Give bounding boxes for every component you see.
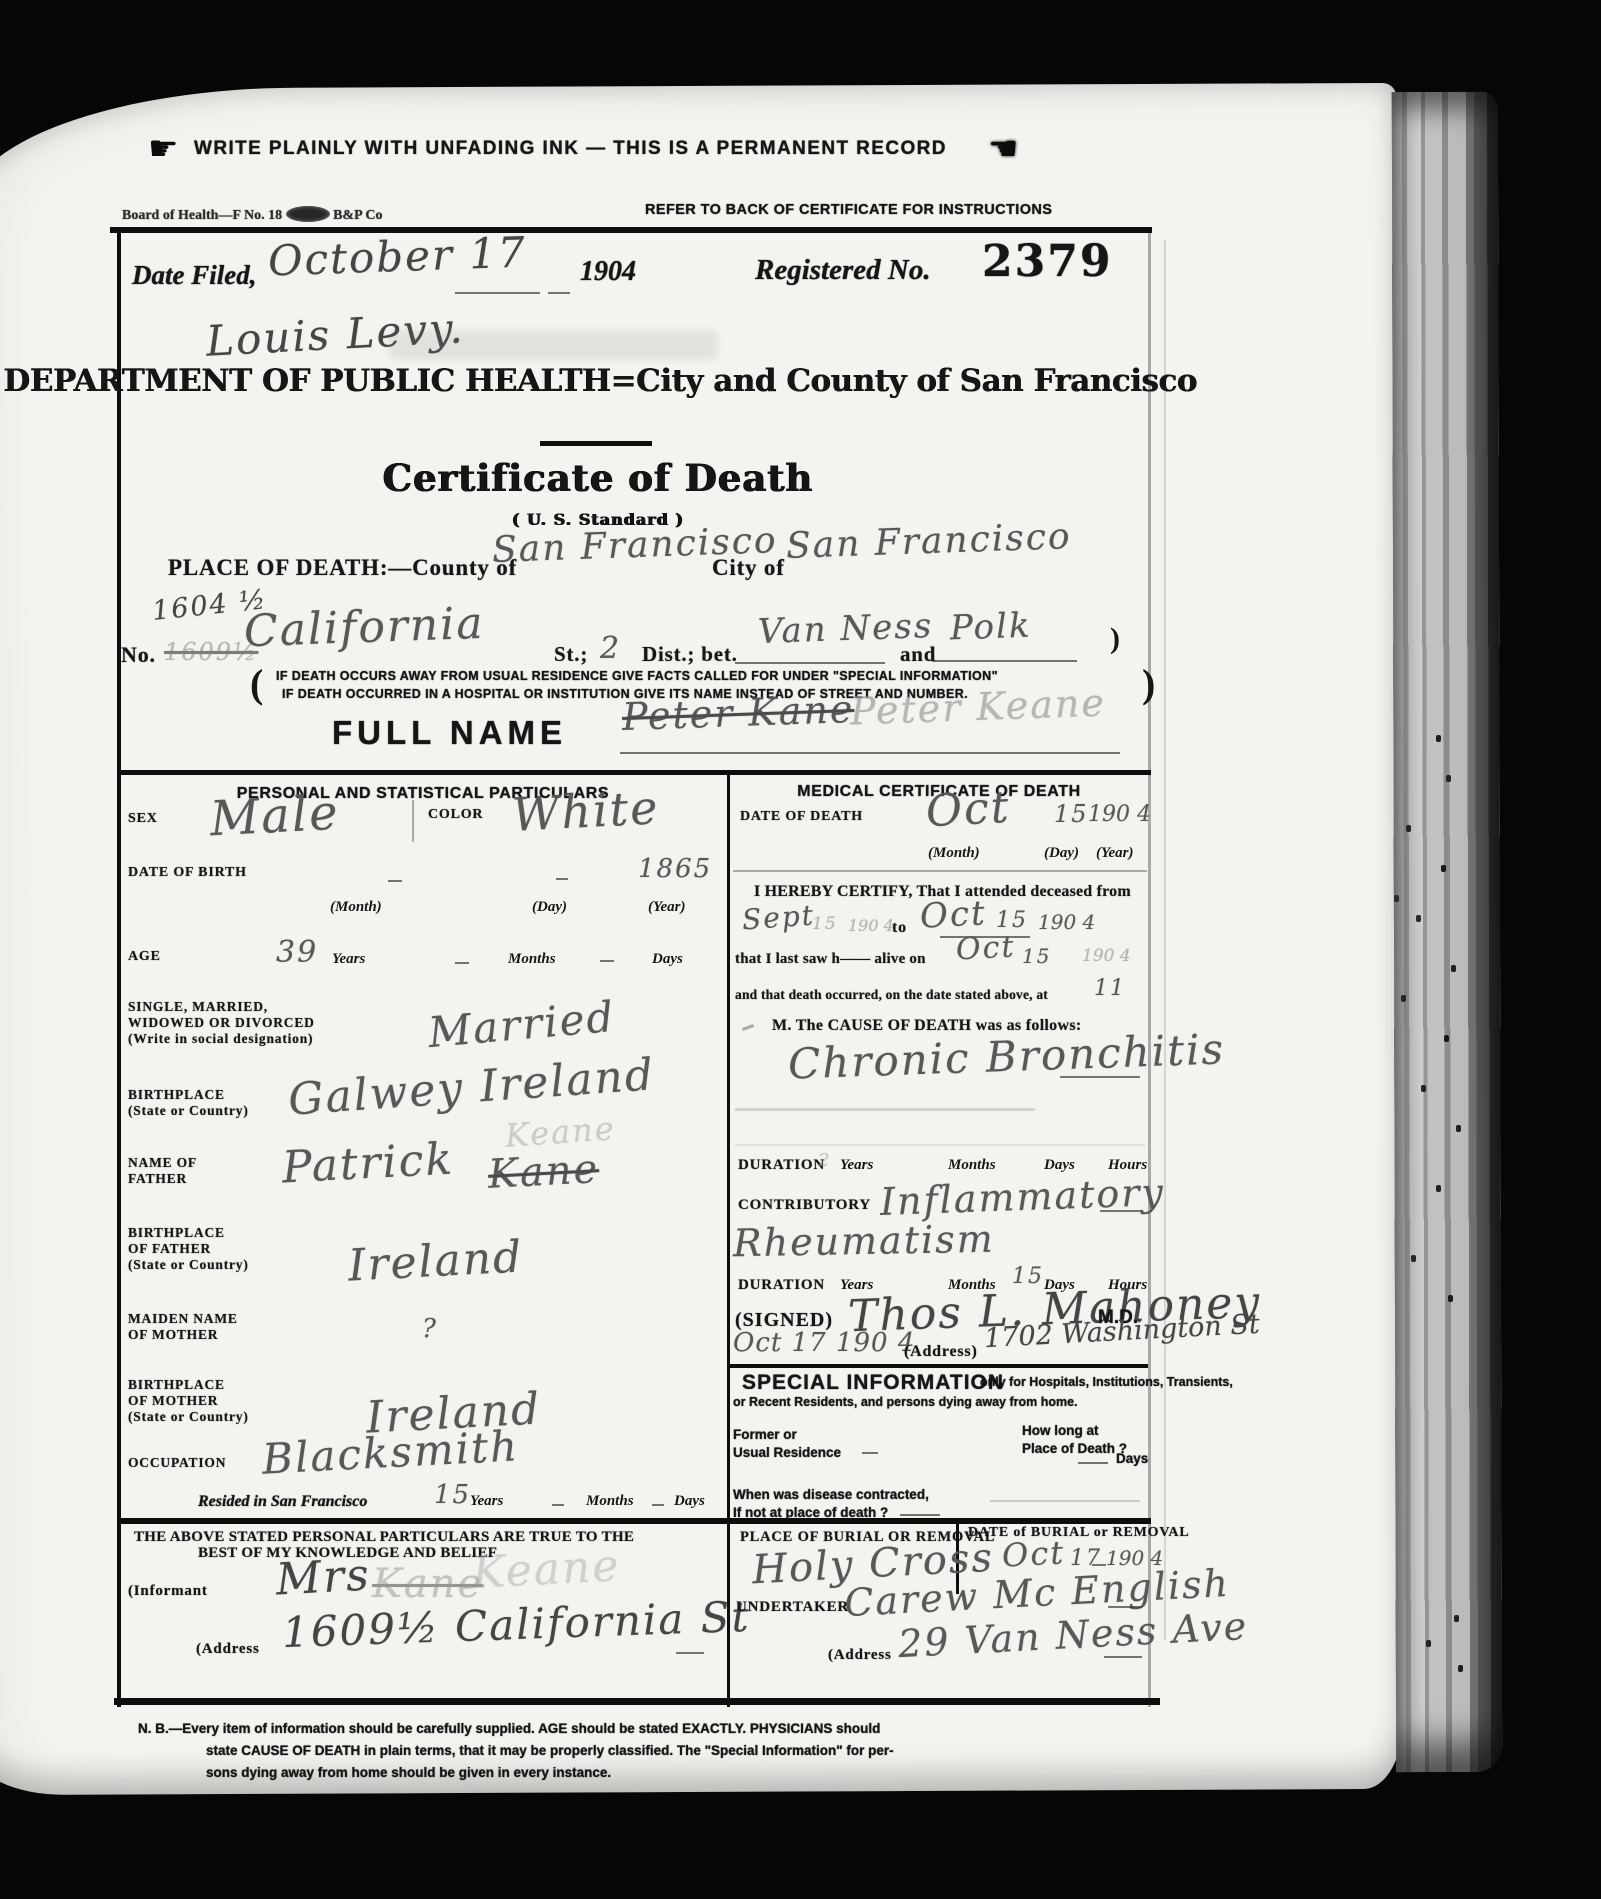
department-title: DEPARTMENT OF PUBLIC HEALTH=City and Cou… <box>3 366 1197 397</box>
howlong-label-2: Place of Death ? <box>1022 1442 1127 1456</box>
age-years-value: 39 <box>276 938 318 968</box>
former-residence-label-2: Usual Residence <box>733 1446 841 1460</box>
death-hour-value: 11 <box>1094 978 1126 1000</box>
duration2-label: DURATION <box>738 1278 825 1293</box>
blank-line <box>652 1504 664 1506</box>
dod-day-value: 15 <box>1054 802 1089 826</box>
blank-line <box>600 960 614 962</box>
father-name-label-2: FATHER <box>128 1172 187 1186</box>
father-corrected-value: Keane <box>504 1112 617 1152</box>
frame-right-border <box>1148 233 1151 1707</box>
faded-stamp <box>388 330 718 360</box>
dob-year-label: (Year) <box>648 900 686 915</box>
certificate-title: Certificate of Death <box>383 460 814 497</box>
blank-line <box>455 962 469 964</box>
dod-day-label: (Day) <box>1044 846 1079 861</box>
and-label: and <box>900 644 936 665</box>
howlong-days-label: Days <box>1116 1452 1148 1466</box>
marital-label-1: SINGLE, MARRIED, <box>128 1000 268 1014</box>
blank-line <box>620 752 1120 754</box>
special-info-title: SPECIAL INFORMATION <box>742 1372 1004 1393</box>
blank-line <box>1092 1564 1106 1566</box>
last-saw-year: 190 4 <box>1082 948 1131 965</box>
form-reference-text: Board of Health—F No. 18 <box>122 208 282 223</box>
blank-line <box>900 1514 940 1516</box>
former-residence-label-1: Former or <box>733 1428 797 1442</box>
last-saw-month: Oct <box>955 932 1016 965</box>
footnote-line-1: N. B.—Every item of information should b… <box>138 1722 880 1736</box>
dob-month-label: (Month) <box>330 900 382 915</box>
scanned-register-photo: ☛ WRITE PLAINLY WITH UNFADING INK — THIS… <box>0 0 1601 1899</box>
frame-left-border <box>117 233 121 1707</box>
blank-line <box>1108 1606 1142 1608</box>
undertaker-label: UNDERTAKER <box>736 1600 849 1615</box>
dod-label: DATE OF DEATH <box>740 810 863 824</box>
dod-month-value: Oct <box>925 786 1012 834</box>
cross-street-value: Polk <box>949 609 1032 646</box>
attended-from-day: 15 <box>812 916 838 933</box>
blank-line <box>862 1452 878 1454</box>
undertaker-address-label: (Address <box>828 1648 892 1663</box>
book-page-edges <box>1392 92 1502 1772</box>
registered-no-label: Registered No. <box>755 256 931 285</box>
sex-color-divider <box>412 800 414 842</box>
marital-label-3: (Write in social designation) <box>128 1032 313 1046</box>
mother-maiden-label-1: MAIDEN NAME <box>128 1312 238 1326</box>
faded-rule <box>990 1500 1140 1502</box>
special-info-subtitle-2: or Recent Residents, and persons dying a… <box>733 1396 1078 1409</box>
date-filed-year: 1904 <box>580 258 636 286</box>
blank-line <box>455 292 540 294</box>
street-value: California <box>243 602 485 654</box>
city-label: City of <box>712 556 785 579</box>
contracted-label-1: When was disease contracted, <box>733 1488 929 1502</box>
mother-bp-sublabel: (State or Country) <box>128 1410 249 1424</box>
birthplace-sublabel: (State or Country) <box>128 1104 249 1118</box>
attended-to-year: 190 4 <box>1038 912 1095 932</box>
informant-prefix: Mrs <box>275 1554 372 1603</box>
occupation-label: OCCUPATION <box>128 1456 226 1470</box>
frame-bottom-rule <box>114 1698 1160 1705</box>
blank-line <box>388 880 402 882</box>
resided-months-label: Months <box>586 1494 634 1509</box>
dod-divider <box>733 870 1147 872</box>
duration1-days-label: Days <box>1044 1158 1075 1173</box>
special-info-subtitle-1: only for Hospitals, Institutions, Transi… <box>980 1376 1233 1389</box>
city-value: San Francisco <box>785 519 1072 565</box>
duration1-months-label: Months <box>948 1158 996 1173</box>
age-months-label: Months <box>508 952 556 967</box>
ward-value: 2 <box>600 634 621 664</box>
father-bp-sublabel: (State or Country) <box>128 1258 249 1272</box>
blank-line <box>556 878 568 880</box>
marital-label-2: WIDOWED OR DIVORCED <box>128 1016 315 1030</box>
st-label: St.; <box>554 644 588 665</box>
father-bp-label-2: OF FATHER <box>128 1242 211 1256</box>
blank-line <box>1060 1076 1140 1078</box>
paren-close: ) <box>1110 624 1120 654</box>
special-top-rule <box>730 1364 1148 1368</box>
father-name-label-1: NAME OF <box>128 1156 197 1170</box>
mother-bp-label-1: BIRTHPLACE <box>128 1378 225 1392</box>
age-label: AGE <box>128 950 161 964</box>
informant-struck: Kane <box>372 1564 483 1604</box>
full-name-label: FULL NAME <box>332 716 567 749</box>
signed-label: (SIGNED) <box>735 1310 833 1330</box>
ink-bleed-marks <box>1436 735 1441 742</box>
printer-stamp-icon <box>286 206 330 222</box>
mother-bp-label-2: OF MOTHER <box>128 1394 218 1408</box>
refer-note: REFER TO BACK OF CERTIFICATE FOR INSTRUC… <box>645 203 1052 218</box>
full-name-value: Peter Keane <box>849 684 1106 731</box>
no-label: No. <box>121 644 156 666</box>
blank-line <box>548 292 570 294</box>
attended-to-month: Oct <box>919 896 987 933</box>
burial-date-month: Oct <box>1001 1536 1066 1571</box>
attended-from-month: Sept <box>741 901 816 934</box>
color-label: COLOR <box>428 808 483 822</box>
dod-year-value: 190 4 <box>1088 804 1151 826</box>
faded-rule <box>735 1144 1145 1146</box>
father-bp-label-1: BIRTHPLACE <box>128 1226 225 1240</box>
resided-label: Resided in San Francisco <box>198 1494 367 1510</box>
birthplace-label: BIRTHPLACE <box>128 1088 225 1102</box>
blank-line <box>1100 1210 1142 1212</box>
duration1-years-label: Years <box>840 1158 873 1173</box>
father-first-value: Patrick <box>281 1138 455 1191</box>
last-saw-line: that I last saw h—— alive on <box>735 952 926 967</box>
howlong-label-1: How long at <box>1022 1424 1099 1438</box>
resided-days-label: Days <box>674 1494 705 1509</box>
form-reference: Board of Health—F No. 18 B&P Co <box>122 206 382 223</box>
dob-label: DATE OF BIRTH <box>128 866 247 880</box>
resided-years-label: Years <box>470 1494 503 1509</box>
father-bp-value: Ireland <box>347 1235 524 1288</box>
physician-address-label: (Address) <box>904 1344 978 1360</box>
faded-rule <box>735 1108 1035 1111</box>
father-struck-value: Kane <box>487 1149 600 1195</box>
last-saw-day: 15 <box>1022 946 1051 966</box>
to-label: to <box>892 920 907 936</box>
age-years-label: Years <box>332 952 365 967</box>
columns-top-rule <box>118 770 1151 775</box>
dod-year-label: (Year) <box>1096 846 1134 861</box>
mother-maiden-value: ? <box>422 1316 438 1342</box>
blank-line <box>1078 1462 1108 1464</box>
duration1-years-value: 2 <box>818 1152 831 1170</box>
informant-address-label: (Address <box>196 1642 260 1657</box>
printer-mark-text: B&P Co <box>333 208 382 223</box>
signed-date-value: Oct 17 190 4 <box>733 1330 915 1356</box>
contracted-label-2: If not at place of death ? <box>733 1506 888 1520</box>
center-divider <box>727 770 730 1707</box>
informant-label: (Informant <box>128 1584 208 1599</box>
burial-date-day: 17 <box>1070 1548 1102 1570</box>
margin-line <box>1164 240 1166 1640</box>
contributory-value-line2: Rheumatism <box>733 1220 995 1263</box>
paren-open-big: ( <box>250 664 263 704</box>
dod-month-label: (Month) <box>928 846 980 861</box>
birth-year-value: 1865 <box>638 856 712 882</box>
blank-line <box>1104 1656 1142 1658</box>
duration1-label: DURATION <box>738 1158 825 1173</box>
death-occurred-line: and that death occurred, on the date sta… <box>735 988 1048 1002</box>
title-divider <box>540 441 652 446</box>
full-name-struck: Peter Kane <box>621 690 855 736</box>
residence-note-line1: IF DEATH OCCURS AWAY FROM USUAL RESIDENC… <box>276 670 998 683</box>
manicule-right-icon: ☚ <box>988 132 1018 166</box>
sex-value: Male <box>209 789 341 844</box>
contributory-value-line1: Inflammatory <box>879 1173 1165 1221</box>
place-of-death-label: PLACE OF DEATH:—County of <box>168 556 517 579</box>
manicule-left-icon: ☛ <box>148 132 178 166</box>
mother-maiden-label-2: OF MOTHER <box>128 1328 218 1342</box>
date-filed-value: October 17 <box>267 231 527 282</box>
blank-line <box>735 662 885 664</box>
frame-top-rule <box>110 227 1152 233</box>
dist-label: Dist.; bet. <box>642 644 738 665</box>
warning-banner: WRITE PLAINLY WITH UNFADING INK — THIS I… <box>194 139 947 158</box>
attended-from-year: 190 4 <box>848 918 894 934</box>
date-filed-label: Date Filed, <box>132 262 256 289</box>
registered-no-value: 2379 <box>982 240 1112 284</box>
blank-line <box>932 660 1077 662</box>
blank-line <box>676 1652 704 1654</box>
color-value: White <box>511 784 661 838</box>
resided-years-value: 15 <box>434 1482 471 1508</box>
blank-line <box>552 1504 564 1506</box>
informant-corrected: Keane <box>471 1544 621 1596</box>
footnote-line-3: sons dying away from home should be give… <box>206 1766 611 1780</box>
age-days-label: Days <box>652 952 683 967</box>
footnote-line-2: state CAUSE OF DEATH in plain terms, tha… <box>206 1744 894 1758</box>
paren-close-big: ) <box>1142 664 1155 704</box>
sex-label: SEX <box>128 812 158 826</box>
contributory-label: CONTRIBUTORY <box>738 1198 871 1213</box>
burial-top-rule <box>730 1520 1148 1524</box>
dob-day-label: (Day) <box>532 900 567 915</box>
